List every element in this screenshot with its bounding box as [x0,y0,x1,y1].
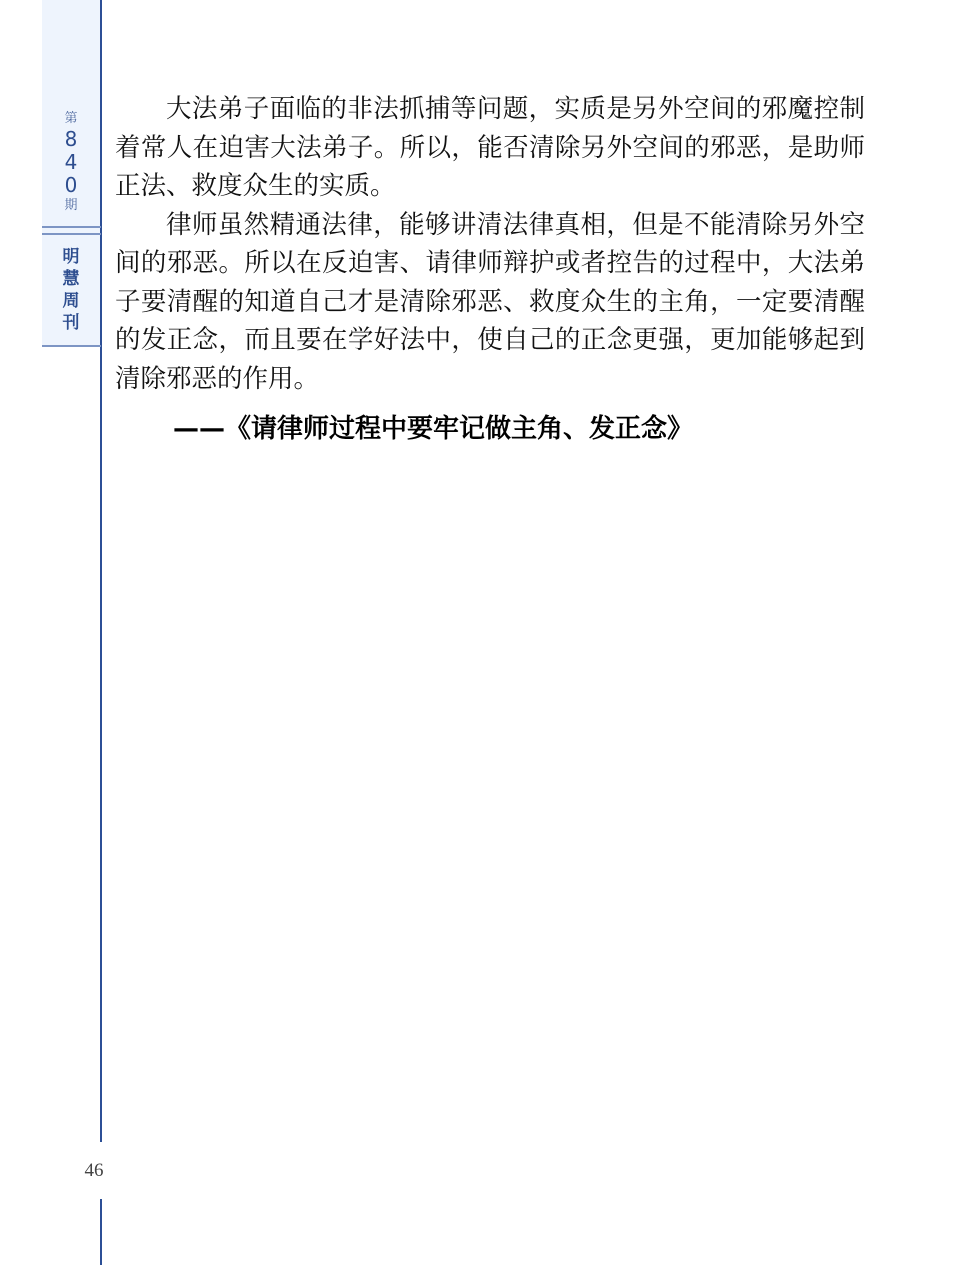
sidebar-divider-2 [42,233,101,235]
page-number: 46 [82,1160,106,1182]
magazine-char: 慧 [42,268,100,290]
issue-digit: 4 [42,151,100,174]
magazine-title: 明 慧 周 刊 [42,246,100,334]
magazine-char: 周 [42,290,100,312]
quote-source: ——《请律师过程中要牢记做主角、发正念》 [173,410,693,448]
issue-prefix: 第 [42,110,100,128]
margin-rule-bottom [100,1199,102,1265]
sidebar-divider-1 [42,226,101,228]
paragraph: 大法弟子面临的非法抓捕等问题，实质是另外空间的邪魔控制着常人在迫害大法弟子。所以… [115,90,865,206]
margin-rule-top [100,0,102,1142]
magazine-char: 明 [42,246,100,268]
sidebar-divider-bottom [42,345,101,347]
issue-suffix: 期 [42,197,100,215]
issue-number: 第 8 4 0 期 [42,110,100,215]
article-body: 大法弟子面临的非法抓捕等问题，实质是另外空间的邪魔控制着常人在迫害大法弟子。所以… [115,90,865,398]
issue-digit: 0 [42,174,100,197]
paragraph: 律师虽然精通法律，能够讲清法律真相，但是不能清除另外空间的邪恶。所以在反迫害、请… [115,206,865,399]
issue-digit: 8 [42,128,100,151]
magazine-char: 刊 [42,312,100,334]
